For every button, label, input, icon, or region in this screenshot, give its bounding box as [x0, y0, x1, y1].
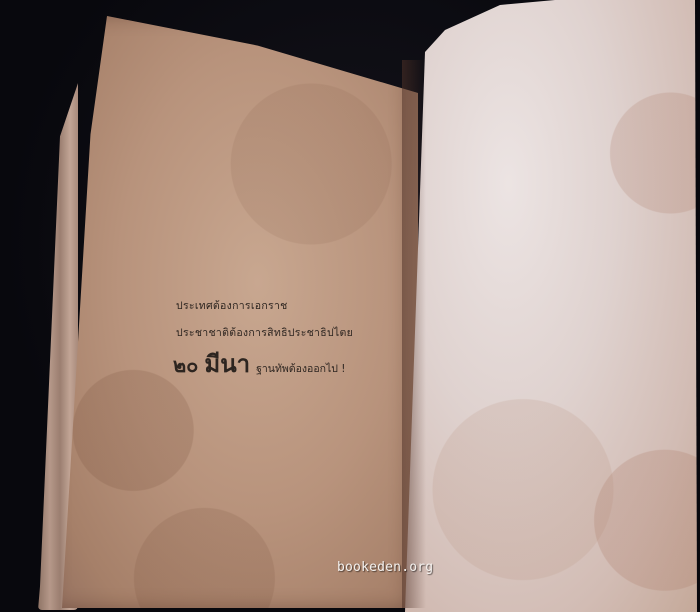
book-gutter: [402, 60, 426, 608]
date-number: ๒๐: [173, 349, 198, 381]
slogan-line-3-tail: ฐานทัพต้องออกไป !: [256, 360, 345, 377]
right-page: [405, 0, 700, 612]
date-month: มีนา: [204, 344, 250, 383]
slogan-line-3: ๒๐ มีนา ฐานทัพต้องออกไป !: [173, 344, 346, 383]
slogan-line-2: ประชาชาติต้องการสิทธิประชาธิปไตย: [176, 324, 353, 341]
slogan-line-1: ประเทศต้องการเอกราช: [176, 297, 288, 314]
watermark-text: bookeden.org: [337, 560, 433, 575]
